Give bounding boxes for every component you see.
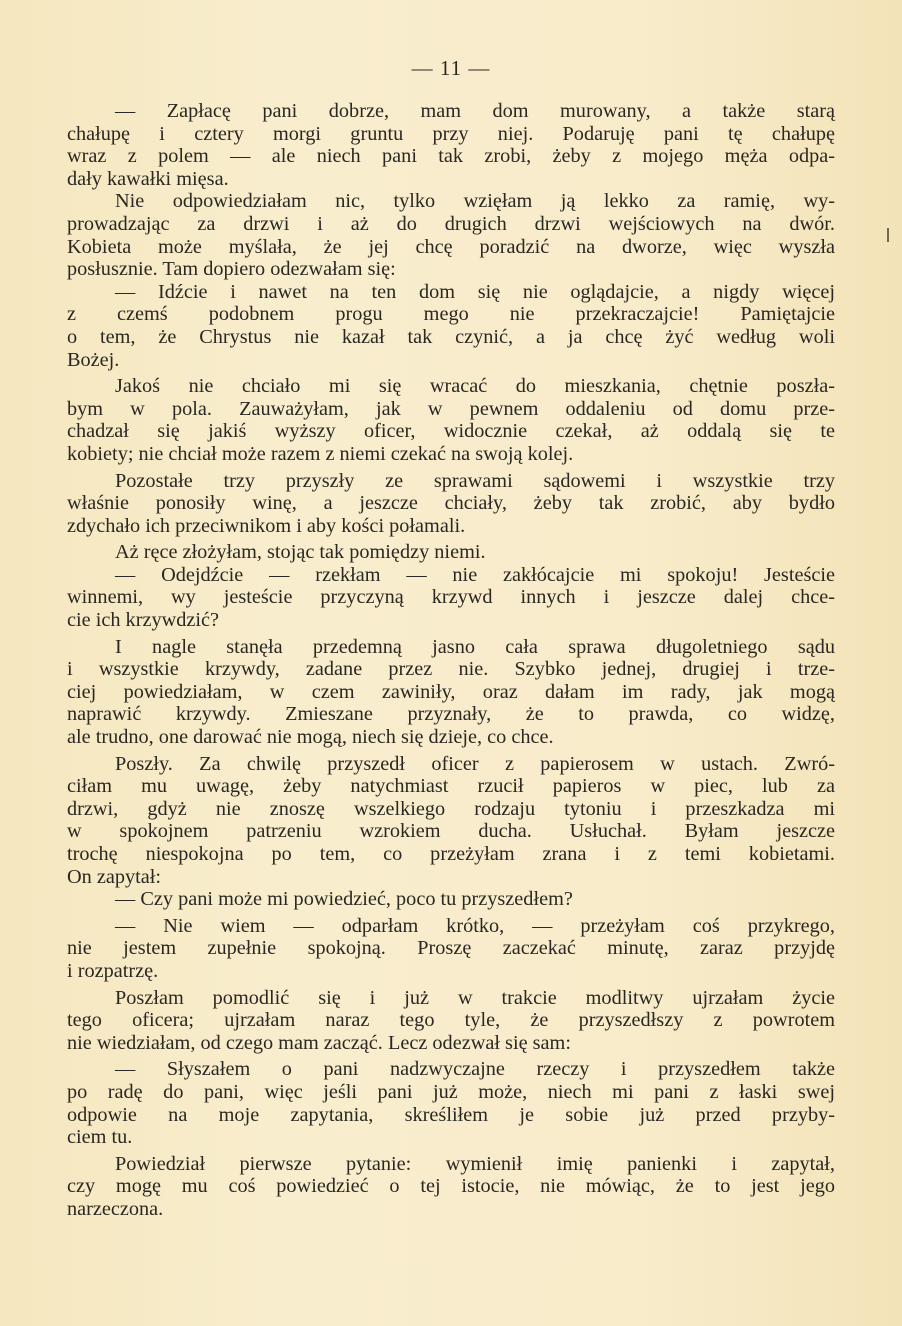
text-line: chałupę i cztery morgi gruntu przy niej.…: [67, 123, 835, 146]
text-line: chadzał się jakiś wyższy oficer, widoczn…: [67, 420, 835, 443]
text-line: — Nie wiem — odparłam krótko, — przeżyła…: [67, 915, 835, 938]
paragraph: Powiedział pierwsze pytanie: wymienił im…: [67, 1153, 835, 1221]
text-line: odpowie na moje zapytania, skreśliłem je…: [67, 1104, 835, 1127]
page-number: — 11 —: [0, 56, 902, 81]
text-line: ciem tu.: [67, 1126, 835, 1149]
text-line: — Idźcie i nawet na ten dom się nie oglą…: [67, 281, 835, 304]
page-body-text: — Zapłacę pani dobrze, mam dom murowany,…: [67, 100, 835, 1221]
text-line: — Odejdźcie — rzekłam — nie zakłócajcie …: [67, 564, 835, 587]
text-line: — Słyszałem o pani nadzwyczajne rzeczy i…: [67, 1058, 835, 1081]
text-line: prowadzając za drzwi i aż do drugich drz…: [67, 213, 835, 236]
text-line: Aż ręce złożyłam, stojąc tak pomiędzy ni…: [67, 541, 835, 564]
paragraph: Pozostałe trzy przyszły ze sprawami sądo…: [67, 470, 835, 538]
margin-mark: [887, 228, 889, 242]
paragraph: Aż ręce złożyłam, stojąc tak pomiędzy ni…: [67, 541, 835, 564]
paragraph: — Słyszałem o pani nadzwyczajne rzeczy i…: [67, 1058, 835, 1148]
paragraph: Poszły. Za chwilę przyszedł oficer z pap…: [67, 753, 835, 889]
paragraph: — Czy pani może mi powiedzieć, poco tu p…: [67, 888, 835, 911]
text-line: Poszły. Za chwilę przyszedł oficer z pap…: [67, 753, 835, 776]
text-line: i wszystkie krzywdy, zadane przez nie. S…: [67, 658, 835, 681]
text-line: narzeczona.: [67, 1198, 835, 1221]
text-line: z czemś podobnem progu mego nie przekrac…: [67, 303, 835, 326]
book-page: — 11 — — Zapłacę pani dobrze, mam dom mu…: [0, 0, 902, 1326]
paragraph: Poszłam pomodlić się i już w trakcie mod…: [67, 987, 835, 1055]
text-line: On zapytał:: [67, 866, 835, 889]
paragraph: I nagle stanęła przedemną jasno cała spr…: [67, 636, 835, 749]
paragraph: Jakoś nie chciało mi się wracać do miesz…: [67, 375, 835, 465]
text-line: ale trudno, one darować nie mogą, niech …: [67, 726, 835, 749]
text-line: naprawić krzywdy. Zmieszane przyznały, ż…: [67, 703, 835, 726]
text-line: I nagle stanęła przedemną jasno cała spr…: [67, 636, 835, 659]
text-line: trochę niespokojna po tem, co przeżyłam …: [67, 843, 835, 866]
text-line: po radę do pani, więc jeśli pani już moż…: [67, 1081, 835, 1104]
text-line: Nie odpowiedziałam nic, tylko wzięłam ją…: [67, 190, 835, 213]
text-line: posłusznie. Tam dopiero odezwałam się:: [67, 258, 835, 281]
text-line: kobiety; nie chciał może razem z niemi c…: [67, 443, 835, 466]
text-line: Pozostałe trzy przyszły ze sprawami sądo…: [67, 470, 835, 493]
paragraph: — Idźcie i nawet na ten dom się nie oglą…: [67, 281, 835, 371]
text-line: nie wiedziałam, od czego mam zacząć. Lec…: [67, 1032, 835, 1055]
paragraph: — Odejdźcie — rzekłam — nie zakłócajcie …: [67, 564, 835, 632]
text-line: Kobieta może myślała, że jej chcę poradz…: [67, 236, 835, 259]
text-line: nie jestem zupełnie spokojną. Proszę zac…: [67, 937, 835, 960]
text-line: czy mogę mu coś powiedzieć o tej istocie…: [67, 1175, 835, 1198]
text-line: właśnie ponosiły winę, a jeszcze chciały…: [67, 492, 835, 515]
text-line: Powiedział pierwsze pytanie: wymienił im…: [67, 1153, 835, 1176]
text-line: drzwi, gdyż nie znoszę wszelkiego rodzaj…: [67, 798, 835, 821]
text-line: tego oficera; ujrzałam naraz tego tyle, …: [67, 1009, 835, 1032]
text-line: zdychało ich przeciwnikom i aby kości po…: [67, 515, 835, 538]
text-line: o tem, że Chrystus nie kazał tak czynić,…: [67, 326, 835, 349]
text-line: — Zapłacę pani dobrze, mam dom murowany,…: [67, 100, 835, 123]
text-line: winnemi, wy jesteście przyczyną krzywd i…: [67, 586, 835, 609]
paragraph: — Nie wiem — odparłam krótko, — przeżyła…: [67, 915, 835, 983]
text-line: i rozpatrzę.: [67, 960, 835, 983]
text-line: bym w pola. Zauważyłam, jak w pewnem odd…: [67, 398, 835, 421]
text-line: dały kawałki mięsa.: [67, 168, 835, 191]
text-line: cie ich krzywdzić?: [67, 609, 835, 632]
text-line: wraz z polem — ale niech pani tak zrobi,…: [67, 145, 835, 168]
text-line: Poszłam pomodlić się i już w trakcie mod…: [67, 987, 835, 1010]
text-line: Jakoś nie chciało mi się wracać do miesz…: [67, 375, 835, 398]
text-line: ciej powiedziałam, w czem zawiniły, oraz…: [67, 681, 835, 704]
paragraph: Nie odpowiedziałam nic, tylko wzięłam ją…: [67, 190, 835, 280]
paragraph: — Zapłacę pani dobrze, mam dom murowany,…: [67, 100, 835, 190]
text-line: w spokojnem patrzeniu wzrokiem ducha. Us…: [67, 820, 835, 843]
text-line: ciłam mu uwagę, żeby natychmiast rzucił …: [67, 775, 835, 798]
text-line: — Czy pani może mi powiedzieć, poco tu p…: [67, 888, 835, 911]
text-line: Bożej.: [67, 349, 835, 372]
